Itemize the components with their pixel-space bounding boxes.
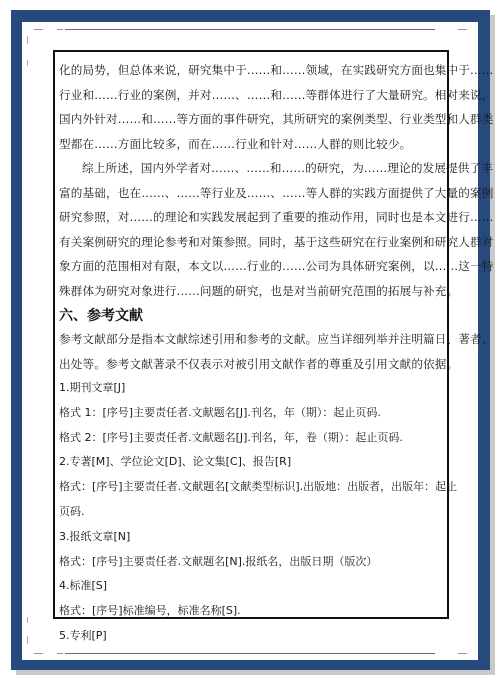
text-line: 有关案例研究的理论参考和对策参照。同时，基于这些研究在行业案例和研究人群对 (59, 230, 443, 255)
left-margin-mark-2 (27, 60, 28, 66)
reference-format-line: 格式：[序号]标准编号，标准名称[S]. (59, 599, 443, 624)
reference-format-line: 格式：[序号]主要责任者.文献题名[N].报纸名，出版日期（版次） (59, 550, 443, 575)
reference-format-line: 格式：[序号]主要责任者.文献题名[文献类型标识].出版地：出版者，出版年：起止 (59, 475, 443, 500)
top-right-corner-mark (458, 29, 467, 30)
body-paragraph-1: 化的局势，但总体来说，研究集中于……和……领域，在实践研究方面也集中于…… 行业… (59, 58, 443, 156)
top-left-corner-mark-2 (57, 29, 63, 30)
left-margin-mark-3 (27, 617, 28, 623)
reference-type-journal: 1.期刊文章[J] (59, 376, 443, 401)
references-intro: 参考文献部分是指本文献综述引用和参考的文献。应当详细列举并注明篇日、著者、 出处… (59, 327, 443, 376)
reference-type-monograph: 2.专著[M]、学位论文[D]、论文集[C]、报告[R] (59, 450, 443, 475)
bottom-right-corner-mark (458, 653, 467, 654)
text-line: 象方面的范围相对有限，本文以……行业的……公司为具体研究案例，以……这一特 (59, 254, 443, 279)
reference-format-line: 页码. (59, 500, 443, 525)
text-line: 富的基础，也在……、……等行业及……、……等人群的实践方面提供了大量的案例 (59, 181, 443, 206)
top-left-corner-mark (34, 29, 43, 30)
text-line: 化的局势，但总体来说，研究集中于……和……领域，在实践研究方面也集中于…… (59, 58, 443, 83)
section-heading-references: 六、参考文献 (59, 305, 443, 327)
bottom-margin-guide (65, 653, 435, 654)
reference-format-list: 1.期刊文章[J] 格式 1：[序号]主要责任者.文献题名[J].刊名，年（期）… (59, 376, 443, 649)
text-line: 综上所述，国内外学者对……、……和……的研究，为……理论的发展提供了丰 (59, 156, 443, 181)
document-text-box: 化的局势，但总体来说，研究集中于……和……领域，在实践研究方面也集中于…… 行业… (53, 50, 449, 619)
reference-format-line: 格式 1：[序号]主要责任者.文献题名[J].刊名，年（期）：起止页码. (59, 401, 443, 426)
body-paragraph-2: 综上所述，国内外学者对……、……和……的研究，为……理论的发展提供了丰 富的基础… (59, 156, 443, 303)
text-line: 出处等。参考文献著录不仅表示对被引用文献作者的尊重及引用文献的依据。 (59, 352, 443, 377)
reference-format-line: 格式 2：[序号]主要责任者.文献题名[J].刊名，年，卷（期）：起止页码. (59, 426, 443, 451)
top-margin-guide (65, 29, 435, 30)
bottom-left-corner-mark (34, 653, 43, 654)
reference-type-newspaper: 3.报纸文章[N] (59, 525, 443, 550)
text-line: 行业和……行业的案例，并对……、……和……等群体进行了大量研究。相对来说， (59, 83, 443, 108)
text-line: 国内外针对……和……等方面的事件研究，其所研究的案例类型、行业类型和人群类 (59, 107, 443, 132)
reference-type-patent: 5.专利[P] (59, 624, 443, 649)
text-line: 型都在……方面比较多，而在……行业和针对……人群的则比较少。 (59, 132, 443, 157)
left-margin-mark (27, 36, 28, 44)
text-line: 殊群体为研究对象进行……问题的研究，也是对当前研究范围的拓展与补充。 (59, 279, 443, 304)
text-line: 研究参照，对……的理论和实践发展起到了重要的推动作用，同时也是本文进行…… (59, 205, 443, 230)
bottom-left-corner-mark-2 (57, 653, 63, 654)
text-line: 参考文献部分是指本文献综述引用和参考的文献。应当详细列举并注明篇日、著者、 (59, 327, 443, 352)
reference-type-standard: 4.标准[S] (59, 574, 443, 599)
left-margin-mark-4 (27, 636, 28, 644)
